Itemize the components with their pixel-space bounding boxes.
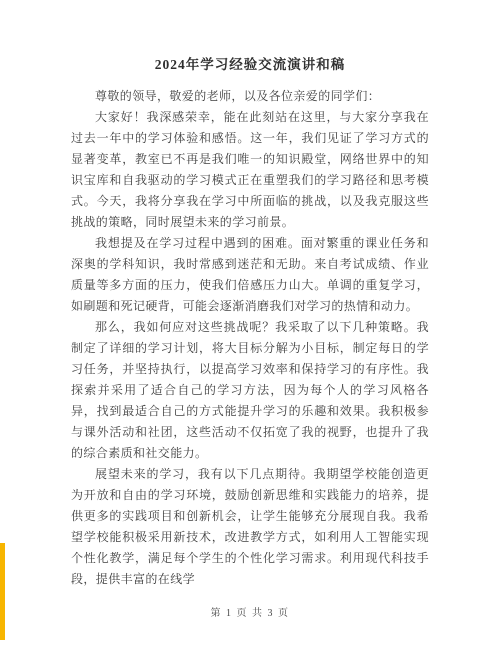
page-footer: 第 1 页 共 3 页 (0, 604, 500, 619)
document-title: 2024年学习经验交流演讲和稿 (0, 0, 500, 73)
paragraph-outlook: 展望未来的学习，我有以下几点期待。我期望学校能创造更为开放和自由的学习环境，鼓励… (71, 464, 429, 590)
paragraph-opening: 大家好！我深感荣幸，能在此刻站在这里，与大家分享我在过去一年中的学习体验和感悟。… (71, 107, 429, 233)
paragraph-greeting: 尊敬的领导，敬爱的老师，以及各位亲爱的同学们： (71, 86, 429, 107)
paragraph-difficulties: 我想提及在学习过程中遇到的困难。面对繁重的课业任务和深奥的学科知识，我时常感到迷… (71, 233, 429, 317)
document-body: 尊敬的领导，敬爱的老师，以及各位亲爱的同学们： 大家好！我深感荣幸，能在此刻站在… (71, 86, 429, 590)
page-number-indicator: 第 1 页 共 3 页 (211, 608, 290, 619)
left-edge-highlight-bar (0, 543, 5, 640)
paragraph-strategies: 那么，我如何应对这些挑战呢？我采取了以下几种策略。我制定了详细的学习计划，将大目… (71, 317, 429, 464)
document-page: 2024年学习经验交流演讲和稿 尊敬的领导，敬爱的老师，以及各位亲爱的同学们： … (0, 0, 500, 647)
